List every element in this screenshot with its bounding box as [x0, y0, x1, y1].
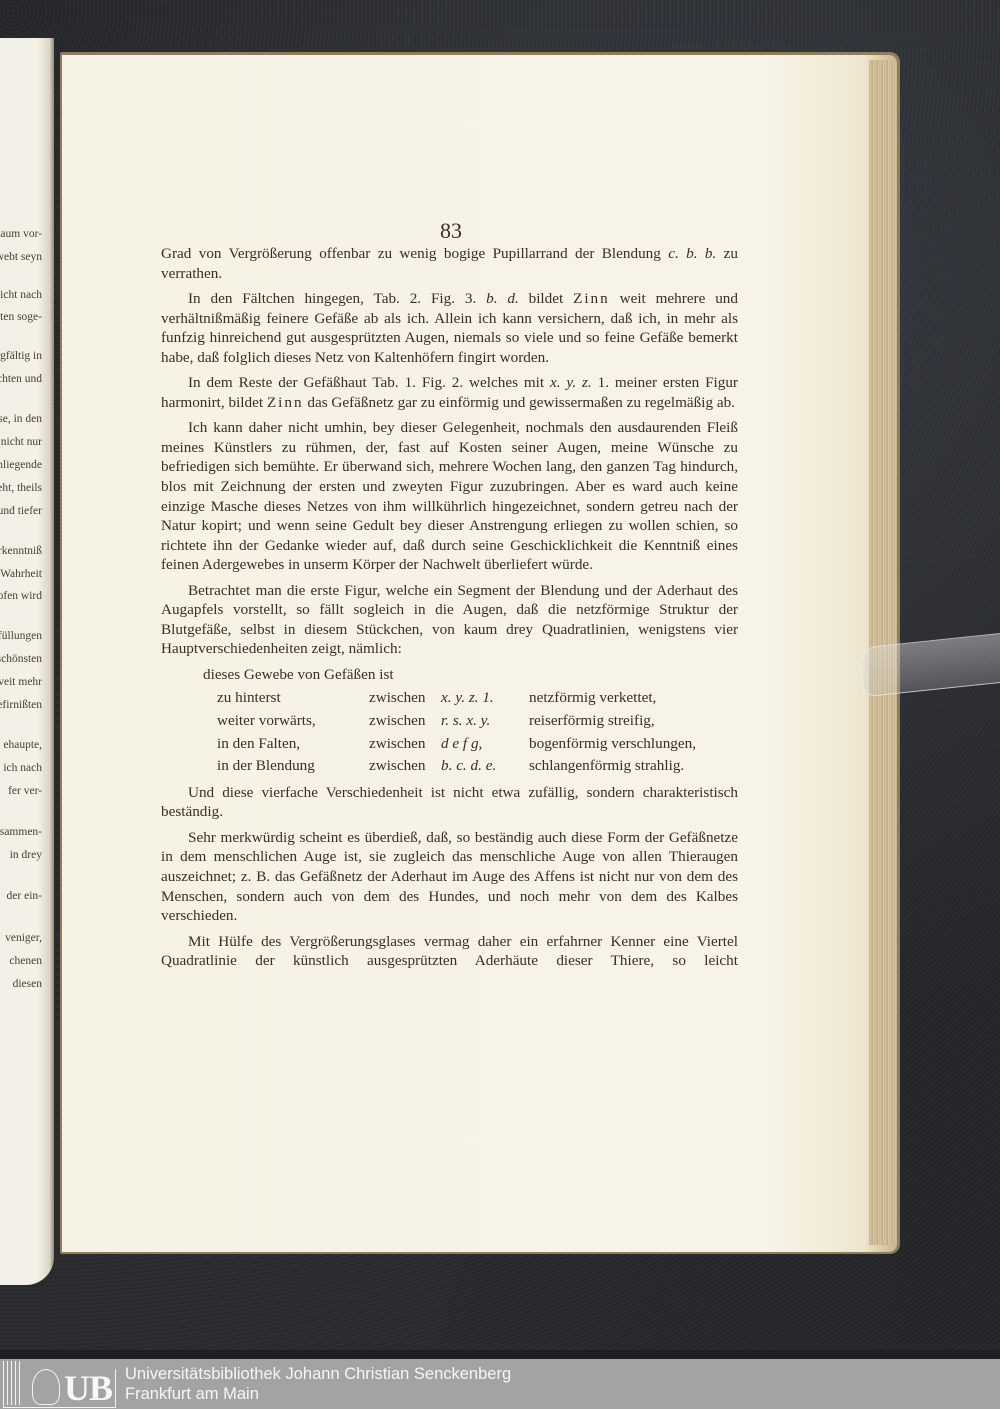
paragraph: In dem Reste der Gefäßhaut Tab. 1. Fig. …: [161, 373, 738, 412]
paragraph: Und diese vierfache Verschiedenheit ist …: [161, 783, 738, 822]
logo-text: UB: [64, 1367, 112, 1409]
library-columns-icon: [7, 1361, 21, 1405]
left-page-text-fragment: füllungen: [0, 630, 42, 642]
left-page-text-fragment: sammen-: [0, 826, 42, 838]
left-page-text-fragment: chenen: [9, 955, 42, 967]
page-body: Grad von Vergrößerung offenbar zu wenig …: [161, 244, 738, 977]
left-page-text-fragment: Erkenntniß: [0, 545, 42, 557]
left-page-text-fragment: diesen: [13, 978, 42, 990]
list-item: zu hinterst zwischen x. y. z. 1. netzför…: [217, 688, 738, 711]
left-page-text-fragment: efirnißten: [0, 699, 42, 711]
left-page-text-fragment: schönsten: [0, 653, 42, 665]
library-name: Universitätsbibliothek Johann Christian …: [125, 1364, 511, 1404]
list-item: weiter vorwärts, zwischen r. s. x. y. re…: [217, 711, 738, 734]
list-heading: dieses Gewebe von Gefäßen ist: [203, 665, 738, 685]
left-page-text-fragment: rachten und: [0, 373, 42, 385]
left-page-text-fragment: sorgfältig in: [0, 350, 42, 362]
paragraph: Ich kann daher nicht umhin, bey dieser G…: [161, 418, 738, 575]
left-page-text-fragment: nicht nur: [1, 436, 42, 448]
paragraph: Mit Hülfe des Vergrößerungsglases vermag…: [161, 932, 738, 971]
left-page-text-fragment: ehaupte,: [3, 739, 42, 751]
left-page-text-fragment: ieht, theils: [0, 482, 42, 494]
list-item: in der Blendung zwischen b. c. d. e. sch…: [217, 756, 738, 779]
list-item: in den Falten, zwischen d e f g, bogenfö…: [217, 734, 738, 757]
left-page-text-fragment: nicht nach: [0, 289, 42, 301]
paragraph: Grad von Vergrößerung offenbar zu wenig …: [161, 244, 738, 283]
portrait-icon: [32, 1369, 60, 1405]
library-name-line1: Universitätsbibliothek Johann Christian …: [125, 1364, 511, 1384]
logo-divider: [115, 1369, 116, 1407]
left-page-text-fragment: veniger,: [5, 932, 42, 944]
left-page-text-fragment: Wahrheit: [0, 568, 42, 580]
page-number: 83: [440, 218, 462, 244]
left-page-text-fragment: webt seyn: [0, 251, 42, 263]
paragraph: Betrachtet man die erste Figur, welche e…: [161, 581, 738, 659]
left-page-edge: kaum vor-webt seynnicht nachisten soge-s…: [0, 38, 54, 1285]
paragraph: Sehr merkwürdig scheint es überdieß, daß…: [161, 828, 738, 926]
left-page-text-fragment: veit mehr: [0, 676, 42, 688]
paragraph: In den Fältchen hingegen, Tab. 2. Fig. 3…: [161, 289, 738, 367]
left-page-text-fragment: fse, in den: [0, 413, 42, 425]
left-page-text-fragment: isten soge-: [0, 311, 42, 323]
left-page-text-fragment: und tiefer: [0, 505, 42, 517]
left-page-text-fragment: der ein-: [7, 890, 42, 902]
footer-banner: UB Universitätsbibliothek Johann Christi…: [0, 1359, 1000, 1409]
ub-logo: UB: [3, 1361, 116, 1408]
left-page-text-fragment: kaum vor-: [0, 228, 42, 240]
left-page-text-fragment: fer ver-: [8, 785, 42, 797]
left-page-text-fragment: ich nach: [3, 762, 42, 774]
left-page-text-fragment: ofen wird: [0, 590, 42, 602]
left-page-text-fragment: nenliegende: [0, 459, 42, 471]
library-name-line2: Frankfurt am Main: [125, 1384, 511, 1404]
left-page-text-fragment: in drey: [10, 849, 42, 861]
